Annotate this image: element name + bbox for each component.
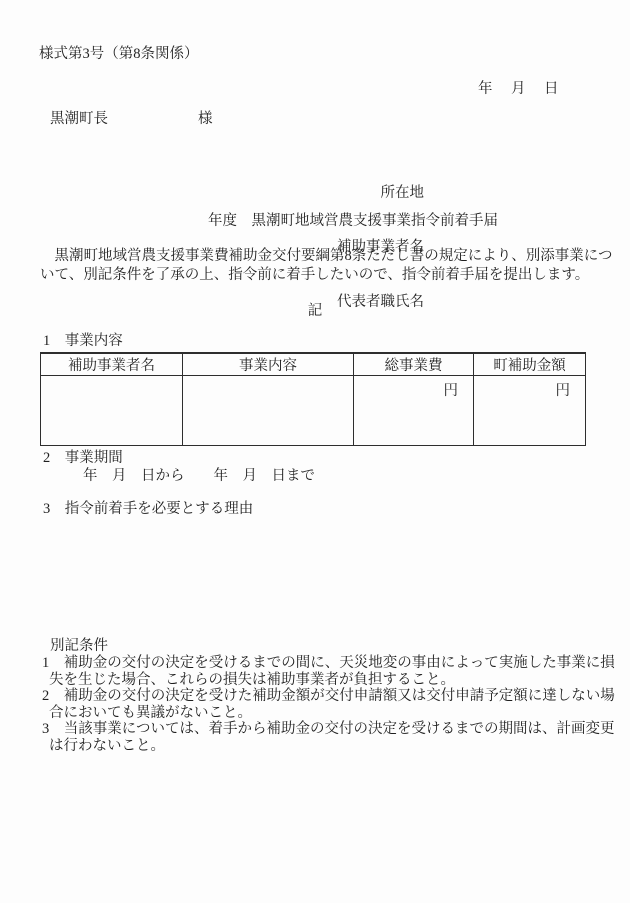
record-mark: 記: [0, 299, 630, 320]
business-period-line: 年 月 日から 年 月 日まで: [83, 468, 315, 484]
addressee-line: 黒潮町長様: [50, 111, 213, 127]
table-header-row: 補助事業者名 事業内容 総事業費 町補助金額: [41, 353, 586, 376]
table-body-row: 円 円: [41, 376, 586, 446]
notes-title: 別記条件: [50, 638, 108, 654]
form-page: 様式第3号（第8条関係） 年 月 日 黒潮町長様 所在地 補助事業者名 代表者職…: [0, 0, 630, 903]
sender-location-label: 所在地: [337, 184, 424, 202]
note-3-line-2: は行わないこと。: [49, 738, 615, 755]
body-line-2: いて、別記条件を了承の上、指令前に着手したいので、指令前着手届を提出します。: [40, 266, 612, 285]
business-table: 補助事業者名 事業内容 総事業費 町補助金額 円 円: [40, 352, 586, 446]
note-1-line-2: 失を生じた場合、これらの損失は補助事業者が負担すること。: [49, 672, 615, 689]
table-header-total-cost: 総事業費: [354, 353, 474, 376]
cell-business-content: [183, 376, 354, 446]
cell-town-subsidy-yen-label: 円: [474, 376, 586, 446]
note-2-line-2: 合においても異議がないこと。: [49, 705, 615, 722]
body-paragraph: 黒潮町地域営農支援事業費補助金交付要綱第8条ただし書の規定により、別添事業につ …: [40, 247, 612, 284]
note-2-line-1: 2 補助金の交付の決定を受けた補助金額が交付申請額又は交付申請予定額に達しない場: [42, 688, 615, 705]
form-number: 様式第3号（第8条関係）: [39, 46, 199, 62]
table-header-business-content: 事業内容: [183, 353, 354, 376]
cell-operator-name: [41, 376, 183, 446]
note-1-line-1: 1 補助金の交付の決定を受けるまでの間に、天災地変の事由によって実施した事業に損: [42, 655, 615, 672]
cell-total-cost-yen-label: 円: [354, 376, 474, 446]
addressee-name: 黒潮町長: [50, 111, 108, 127]
table-header-town-subsidy: 町補助金額: [474, 353, 586, 376]
notes-list: 1 補助金の交付の決定を受けるまでの間に、天災地変の事由によって実施した事業に損…: [42, 655, 615, 755]
addressee-honorific: 様: [198, 111, 213, 127]
section-3-heading: 3 指令前着手を必要とする理由: [43, 501, 253, 517]
note-3-line-1: 3 当該事業については、着手から補助金の交付の決定を受けるまでの期間は、計画変更: [42, 721, 615, 738]
body-line-1: 黒潮町地域営農支援事業費補助金交付要綱第8条ただし書の規定により、別添事業につ: [40, 247, 612, 266]
section-2-heading: 2 事業期間: [43, 450, 123, 466]
section-1-heading: 1 事業内容: [43, 333, 123, 349]
date-line: 年 月 日: [478, 81, 561, 97]
table-header-operator-name: 補助事業者名: [41, 353, 183, 376]
document-title: 年度 黒潮町地域営農支援事業指令前着手届: [208, 213, 498, 229]
